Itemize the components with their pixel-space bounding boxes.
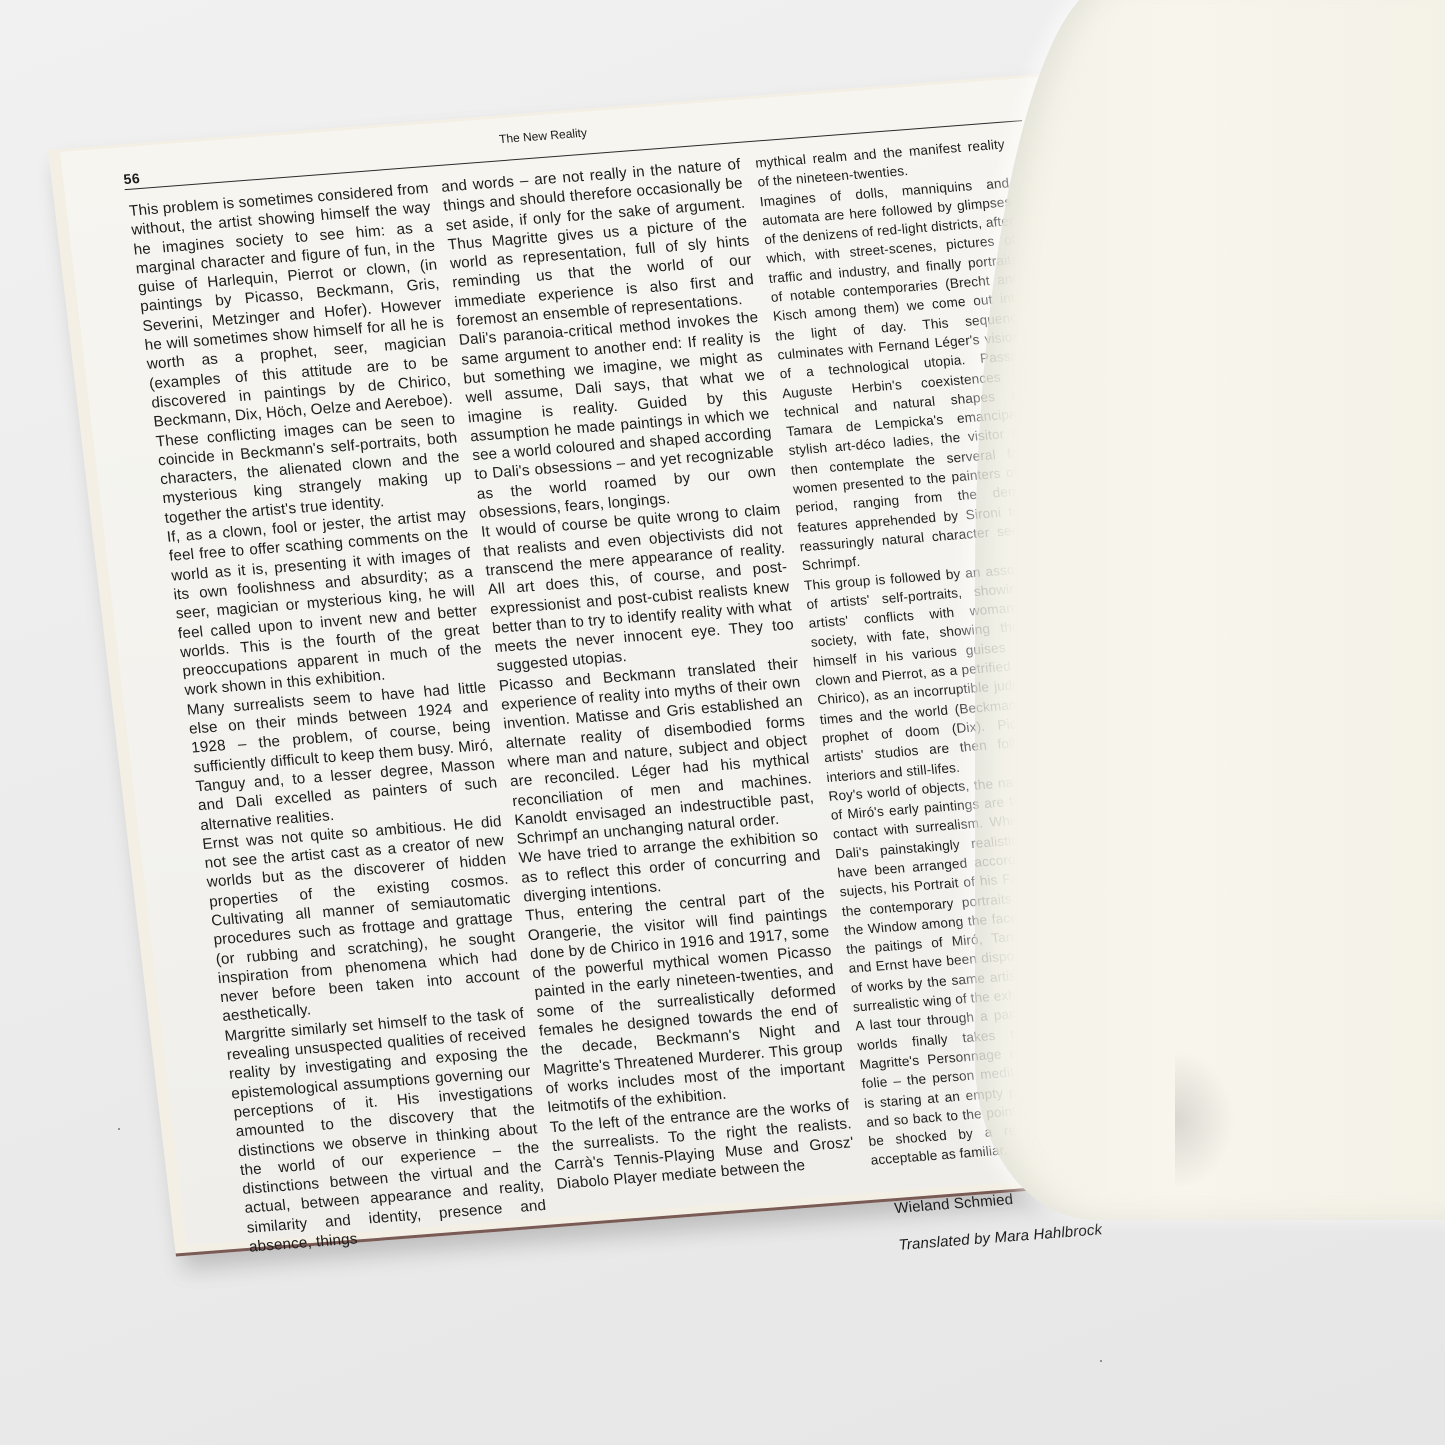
paragraph: Picasso and Beckmann translated their ex… xyxy=(498,654,817,850)
curl-shadow xyxy=(1175,1050,1235,1190)
paragraph: Thus, entering the central part of the O… xyxy=(525,884,849,1118)
paper-speck xyxy=(118,1128,120,1130)
paper-speck xyxy=(1100,1360,1102,1362)
running-title: The New Reality xyxy=(498,126,587,147)
translator-credit: Translated by Mara Hahlbrock xyxy=(880,1218,1131,1256)
curled-facing-page[interactable] xyxy=(975,0,1445,1220)
paragraph: Margritte similarly set himself to the t… xyxy=(224,1004,550,1257)
page-number: 56 xyxy=(123,170,141,187)
paragraph: This problem is sometimes considered fro… xyxy=(128,179,454,432)
paragraph: Dali's paranoia-critical method invokes … xyxy=(458,308,779,523)
paragraph: Ernst was not quite so ambitious. He did… xyxy=(201,812,522,1027)
paragraph: Many surrealists seem to have had little… xyxy=(186,678,501,835)
paragraph: If, as a clown, fool or jester, the arti… xyxy=(166,505,485,701)
paragraph: and words – are not really in the nature… xyxy=(440,155,757,331)
paragraph: It would of course be quite wrong to cla… xyxy=(480,500,797,676)
